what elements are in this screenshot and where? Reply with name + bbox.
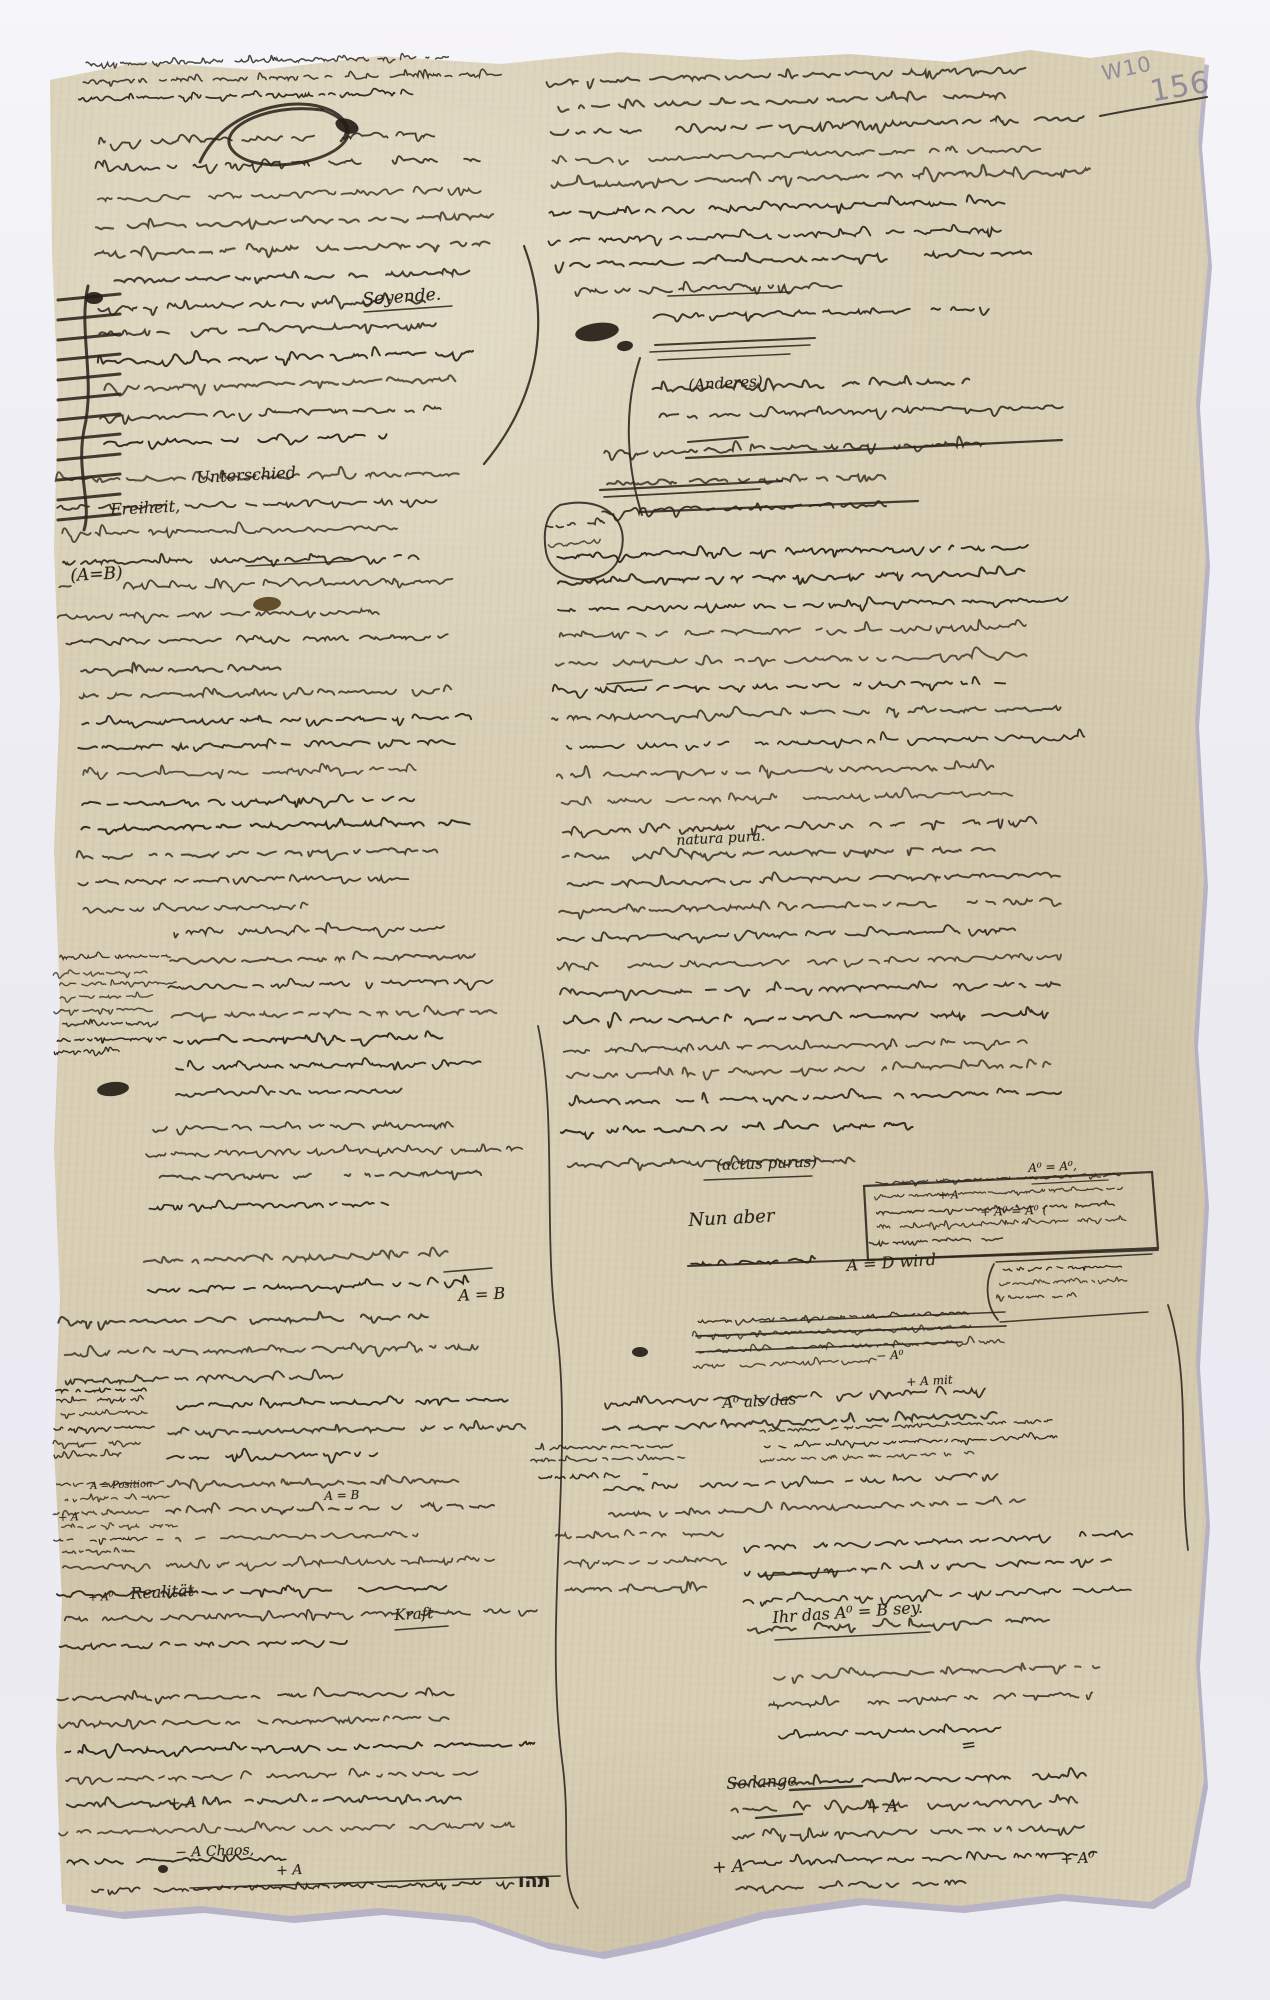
ink-fragment-a0-als-das: A⁰ als das <box>722 1392 797 1411</box>
ink-fragment-plus-a-mit: + A mit <box>906 1374 953 1388</box>
ink-fragment-natura-pura: natura pura. <box>676 829 766 848</box>
pencil-page-number: 156 <box>1148 68 1213 108</box>
ink-fragment-a-equals-b-paren: (A=B) <box>70 565 123 585</box>
ink-fragment-plus-a-1: + A <box>866 1798 899 1817</box>
ink-fragment-realitaet: Realität <box>130 1583 194 1602</box>
ink-fragment-a-equals-d-wird: A = D wird <box>846 1252 937 1274</box>
legible-fragments-layer: W10 156 (A=B) Seyende. Unterschied Freih… <box>0 0 1270 2000</box>
ink-fragment-a-equals-position: A = Position <box>90 1480 153 1492</box>
ink-fragment-seyende: Seyende. <box>362 287 442 309</box>
ink-fragment-plus-a-boxed: + A <box>938 1189 959 1201</box>
ink-fragment-a0-equals-b: Ihr das A⁰ = B sey. <box>772 1600 923 1626</box>
ink-fragment-plus-a-bottom: + A <box>276 1863 303 1878</box>
ink-fragment-hebrew-tohu: תהו <box>518 1872 551 1891</box>
ink-fragment-minus-a0: − A⁰ <box>876 1349 904 1362</box>
ink-fragment-anderes: (Anderes) <box>688 374 763 393</box>
ink-fragment-plus-a0-equals-a0: + A⁰ = A⁰ ( <box>980 1204 1047 1218</box>
ink-fragment-kraft: Kraft <box>394 1606 434 1623</box>
ink-fragment-a-equals-b-inline: A = B <box>458 1286 506 1304</box>
pencil-archive-mark: W10 <box>1100 54 1154 85</box>
ink-fragment-plus-a0-margin: + A⁰ <box>88 1591 113 1603</box>
ink-fragment-freiheit: Freiheit, <box>110 498 180 518</box>
ink-fragment-plus-a-2: + A <box>712 1858 745 1877</box>
ink-fragment-a0-equals-a0: A⁰ = A⁰, <box>1028 1159 1077 1174</box>
ink-fragment-plus-a-list: + A <box>168 1795 197 1811</box>
ink-fragment-unterschied: Unterschied <box>196 465 296 486</box>
ink-fragment-plus-a0-line-end: + A⁰ <box>1060 1850 1095 1867</box>
ink-fragment-actus-purus: (actus purus) <box>716 1154 817 1173</box>
ink-fragment-nun-aber: Nun aber <box>688 1207 775 1229</box>
manuscript-scan: W10 156 (A=B) Seyende. Unterschied Freih… <box>0 0 1270 2000</box>
ink-fragment-equals-sign: = <box>960 1736 977 1756</box>
ink-fragment-plus-a-margin: + A <box>58 1511 79 1523</box>
ink-fragment-so-lange: So lange <box>726 1772 797 1792</box>
ink-fragment-minus-a-chaos: − A Chaos, <box>175 1843 254 1860</box>
ink-fragment-a-equals-b-margin: A = B <box>324 1489 360 1502</box>
